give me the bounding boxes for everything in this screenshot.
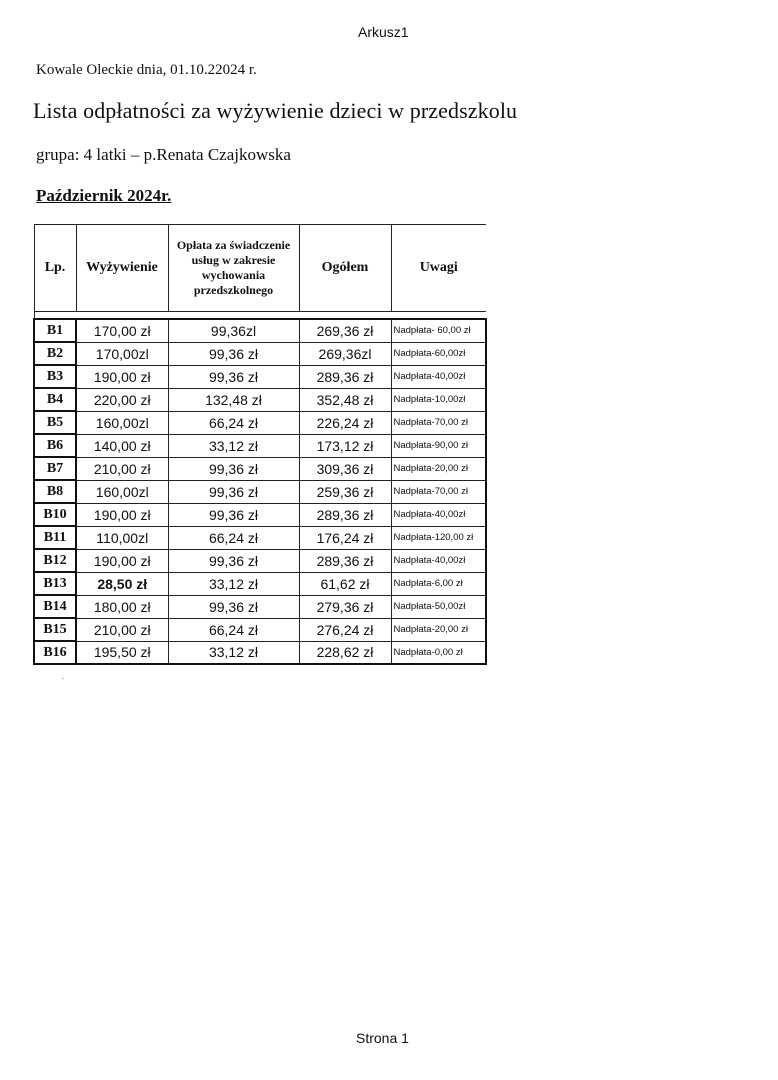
row-food: 190,00 zł [76, 549, 168, 572]
row-lp: B3 [34, 365, 76, 388]
table-row: B11110,00zl66,24 zł176,24 złNadpłata-120… [34, 526, 486, 549]
row-food: 210,00 zł [76, 618, 168, 641]
row-lp: B11 [34, 526, 76, 549]
row-food: 160,00zl [76, 411, 168, 434]
row-total: 228,62 zł [299, 641, 391, 664]
table-row: B10190,00 zł99,36 zł289,36 złNadpłata-40… [34, 503, 486, 526]
table-row: B12190,00 zł99,36 zł289,36 złNadpłata-40… [34, 549, 486, 572]
row-service: 66,24 zł [168, 411, 299, 434]
row-note: Nadpłata- 60,00 zł [391, 319, 486, 342]
row-lp: B14 [34, 595, 76, 618]
row-total: 226,24 zł [299, 411, 391, 434]
row-service: 99,36 zł [168, 549, 299, 572]
header-total: Ogółem [299, 225, 391, 312]
table-row: B2170,00zl99,36 zł269,36zlNadpłata-60,00… [34, 342, 486, 365]
row-total: 259,36 zł [299, 480, 391, 503]
scan-speck [62, 678, 64, 679]
row-note: Nadpłata-70,00 zł [391, 480, 486, 503]
header-service-line: usług w zakresie [171, 253, 297, 268]
row-note: Nadpłata-6,00 zł [391, 572, 486, 595]
row-service: 99,36 zł [168, 342, 299, 365]
row-total: 276,24 zł [299, 618, 391, 641]
row-lp: B15 [34, 618, 76, 641]
row-service: 99,36 zł [168, 503, 299, 526]
table-row: B14180,00 zł99,36 zł279,36 złNadpłata-50… [34, 595, 486, 618]
row-lp: B1 [34, 319, 76, 342]
row-food: 210,00 zł [76, 457, 168, 480]
row-note: Nadpłata-120,00 zł [391, 526, 486, 549]
row-total: 173,12 zł [299, 434, 391, 457]
row-lp: B6 [34, 434, 76, 457]
row-note: Nadpłata-90,00 zł [391, 434, 486, 457]
row-note: Nadpłata-40,00zł [391, 365, 486, 388]
row-lp: B16 [34, 641, 76, 664]
table-row: B7210,00 zł99,36 zł309,36 złNadpłata-20,… [34, 457, 486, 480]
table-row: B16195,50 zł33,12 zł228,62 złNadpłata-0,… [34, 641, 486, 664]
row-food: 170,00zl [76, 342, 168, 365]
header-notes: Uwagi [391, 225, 486, 312]
table-row: B5160,00zl66,24 zł226,24 złNadpłata-70,0… [34, 411, 486, 434]
row-lp: B12 [34, 549, 76, 572]
row-food: 140,00 zł [76, 434, 168, 457]
row-note: Nadpłata-0,00 zł [391, 641, 486, 664]
row-lp: B13 [34, 572, 76, 595]
row-total: 289,36 zł [299, 549, 391, 572]
table-row: B6140,00 zł33,12 zł173,12 złNadpłata-90,… [34, 434, 486, 457]
header-service: Opłata za świadczenie usług w zakresie w… [168, 225, 299, 312]
table-row: B4220,00 zł132,48 zł352,48 złNadpłata-10… [34, 388, 486, 411]
row-food: 220,00 zł [76, 388, 168, 411]
month-heading: Październik 2024r. [36, 186, 171, 206]
row-total: 279,36 zł [299, 595, 391, 618]
row-note: Nadpłata-60,00zł [391, 342, 486, 365]
row-service: 99,36 zł [168, 480, 299, 503]
table-row: B3190,00 zł99,36 zł289,36 złNadpłata-40,… [34, 365, 486, 388]
row-note: Nadpłata-40,00zł [391, 503, 486, 526]
row-service: 33,12 zł [168, 572, 299, 595]
row-lp: B8 [34, 480, 76, 503]
row-note: Nadpłata-70,00 zł [391, 411, 486, 434]
header-service-line: wychowania [171, 268, 297, 283]
row-service: 33,12 zł [168, 434, 299, 457]
row-service: 66,24 zł [168, 618, 299, 641]
row-service: 99,36zl [168, 319, 299, 342]
row-lp: B4 [34, 388, 76, 411]
row-note: Nadpłata-20,00 zł [391, 457, 486, 480]
row-lp: B10 [34, 503, 76, 526]
row-lp: B2 [34, 342, 76, 365]
row-food: 28,50 zł [76, 572, 168, 595]
row-service: 99,36 zł [168, 365, 299, 388]
group-line: grupa: 4 latki – p.Renata Czajkowska [36, 145, 291, 165]
row-service: 66,24 zł [168, 526, 299, 549]
table-header-row: Lp. Wyżywienie Opłata za świadczenie usł… [34, 225, 486, 312]
row-note: Nadpłata-10,00zł [391, 388, 486, 411]
row-food: 170,00 zł [76, 319, 168, 342]
row-service: 33,12 zł [168, 641, 299, 664]
row-service: 132,48 zł [168, 388, 299, 411]
row-total: 309,36 zł [299, 457, 391, 480]
row-note: Nadpłata-50,00zł [391, 595, 486, 618]
row-total: 269,36 zł [299, 319, 391, 342]
row-food: 195,50 zł [76, 641, 168, 664]
row-food: 190,00 zł [76, 365, 168, 388]
row-lp: B7 [34, 457, 76, 480]
row-food: 190,00 zł [76, 503, 168, 526]
table-row: B15210,00 zł66,24 zł276,24 złNadpłata-20… [34, 618, 486, 641]
row-lp: B5 [34, 411, 76, 434]
page-footer: Strona 1 [356, 1030, 409, 1046]
row-service: 99,36 zł [168, 595, 299, 618]
table-row: B1328,50 zł33,12 zł61,62 złNadpłata-6,00… [34, 572, 486, 595]
header-food: Wyżywienie [76, 225, 168, 312]
row-note: Nadpłata-20,00 zł [391, 618, 486, 641]
table-row: B8160,00zl99,36 zł259,36 złNadpłata-70,0… [34, 480, 486, 503]
fees-table: Lp. Wyżywienie Opłata za świadczenie usł… [33, 224, 487, 665]
row-total: 289,36 zł [299, 365, 391, 388]
row-total: 289,36 zł [299, 503, 391, 526]
sheet-name-text: Arkusz1 [358, 24, 409, 40]
table-row: B1170,00 zł99,36zl269,36 złNadpłata- 60,… [34, 319, 486, 342]
row-total: 269,36zl [299, 342, 391, 365]
header-lp: Lp. [34, 225, 76, 312]
row-food: 110,00zl [76, 526, 168, 549]
row-total: 352,48 zł [299, 388, 391, 411]
row-food: 160,00zl [76, 480, 168, 503]
header-service-line: przedszkolnego [171, 283, 297, 298]
document-title: Lista odpłatności za wyżywienie dzieci w… [33, 98, 517, 124]
place-date: Kowale Oleckie dnia, 01.10.22024 r. [36, 62, 257, 79]
header-service-line: Opłata za świadczenie [171, 238, 297, 253]
row-food: 180,00 zł [76, 595, 168, 618]
row-total: 61,62 zł [299, 572, 391, 595]
row-note: Nadpłata-40,00zł [391, 549, 486, 572]
row-total: 176,24 zł [299, 526, 391, 549]
row-service: 99,36 zł [168, 457, 299, 480]
